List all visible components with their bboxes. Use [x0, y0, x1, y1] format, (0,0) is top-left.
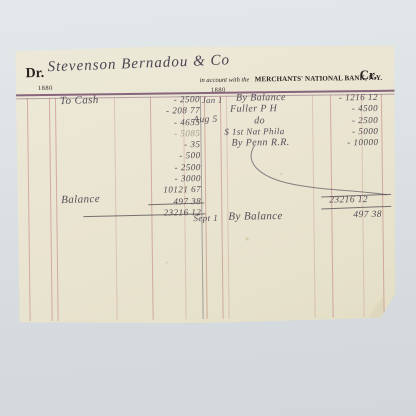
column-rule: [114, 97, 118, 320]
credit-total: 23216 12: [329, 195, 368, 205]
credit-amount: - 4500: [326, 103, 378, 115]
credit-row-desc: $ 1st Nat Phila: [224, 126, 284, 137]
credit-amount-column: - 1216 12- 4500- 2500- 5000- 10000: [326, 92, 379, 149]
debit-amount: - 4655: [142, 117, 200, 129]
center-divider-rule: [204, 96, 208, 319]
in-account-with-text: in account with the: [200, 76, 250, 84]
debit-amount: - 35: [142, 139, 200, 151]
credit-row-desc: By Balance: [236, 92, 286, 104]
credit-amount: - 10000: [326, 137, 378, 149]
debit-balance-label: Balance: [61, 193, 100, 206]
column-rule: [55, 98, 59, 321]
folded-corner: [366, 296, 383, 320]
paper-speck: [246, 237, 249, 240]
debit-entry-label: To Cash: [60, 94, 99, 107]
column-rule: [27, 98, 31, 321]
credit-row-desc: Fuller P H: [230, 103, 277, 115]
credit-side-label: Cr.: [360, 67, 377, 83]
debit-amount: - 5085: [142, 128, 200, 140]
debit-side-label: Dr.: [26, 66, 45, 82]
credit-row-date: Aug 5: [193, 115, 218, 125]
credit-row-desc: do: [254, 115, 265, 126]
column-rule: [49, 98, 53, 321]
year-left: 1880: [38, 85, 53, 92]
ledger-paper: Dr. Stevenson Bernadou & Co 1880 in acco…: [13, 44, 397, 326]
credit-row-date: Jan 1: [202, 95, 223, 105]
debit-amount: - 3000: [143, 173, 201, 185]
debit-amount: - 500: [143, 151, 201, 163]
credit-carry-amount: 497 38: [353, 210, 382, 220]
credit-row-desc: By Penn R.R.: [231, 137, 289, 149]
credit-carry-desc: By Balance: [228, 210, 283, 223]
debit-amount: - 2500: [143, 162, 201, 174]
credit-amount: - 1216 12: [326, 92, 378, 104]
debit-balance-amount: 497 38: [143, 196, 201, 208]
debit-amount: - 2500: [142, 94, 200, 106]
debit-amount-column: - 2500- 208 77- 4655- 5085- 35- 500- 250…: [142, 94, 202, 219]
photo-background: Dr. Stevenson Bernadou & Co 1880 in acco…: [0, 0, 416, 416]
credit-carry-date: Sept 1: [193, 213, 218, 223]
column-rule: [312, 95, 316, 318]
debit-amount: - 208 77: [142, 105, 200, 117]
account-name-handwritten: Stevenson Bernadou & Co: [47, 52, 230, 76]
paper-speck: [166, 261, 168, 263]
credit-amount: - 2500: [326, 114, 378, 126]
column-rule: [220, 96, 224, 319]
credit-amount: - 5000: [326, 126, 378, 138]
paper-speck: [280, 173, 282, 175]
debit-amount: 10121 67: [143, 184, 201, 196]
